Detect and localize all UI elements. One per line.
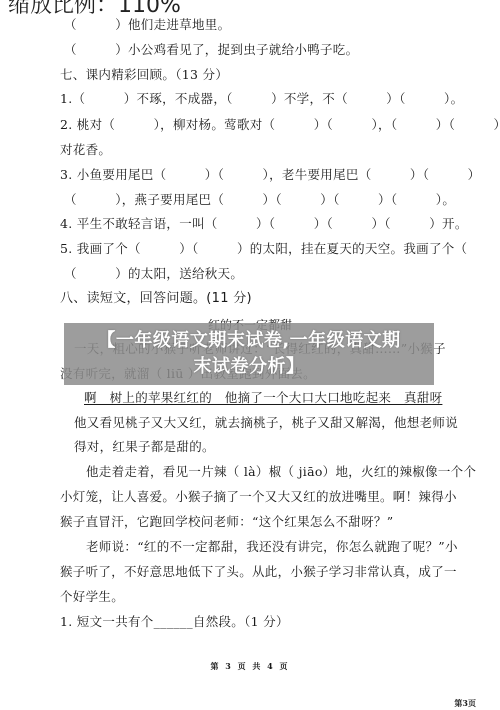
section6-item: （ ）他们走进草地里。 — [64, 17, 230, 33]
section7-line: 4. 平生不敢轻言语，一叫（ ）（ ）（ ）（ ）开。 — [60, 216, 468, 232]
page-number-right: 第3页 — [454, 698, 476, 709]
passage-line-punctuation-exercise: 啊 树上的苹果红红的 他摘了一个大口大口地吃起来 真甜呀 — [84, 390, 442, 406]
section7-line: 3. 小鱼要用尾巴（ ）（ ），老牛要用尾巴（ ）（ ） — [60, 167, 480, 183]
passage-line: 他又看见桃子又大又红，就去摘桃子，桃子又甜又解渴，他想老师说 — [74, 415, 458, 431]
section6-item: （ ）小公鸡看见了，捉到虫子就给小鸭子吃。 — [64, 42, 358, 58]
banner-title-line-2: 末试卷分析】 — [97, 354, 400, 380]
passage-line: 个好学生。 — [60, 589, 124, 605]
passage-line: 得对，红果子都是甜的。 — [74, 439, 215, 455]
question-1: 1. 短文一共有个______自然段。（1 分） — [60, 614, 289, 630]
banner-title: 【一年级语文期末试卷,一年级语文期 末试卷分析】 — [97, 328, 400, 380]
passage-line: 小灯笼，让人喜爱。小猴子摘了一个又大又红的放进嘴里。啊！辣得小 — [60, 489, 457, 505]
section7-line: （ ），燕子要用尾巴（ ）（ ）（ ）（ ）。 — [64, 192, 455, 208]
title-overlay-banner[interactable]: 【一年级语文期末试卷,一年级语文期 末试卷分析】 — [64, 323, 434, 385]
passage-line: 老师说：“红的不一定都甜，我还没有讲完，你怎么就跑了呢？”小 — [86, 539, 458, 555]
section7-line: 2. 桃对（ ），柳对杨。莺歌对（ ）（ ），（ ）（ ） — [60, 117, 500, 133]
passage-line: 猴子直冒汗，它跑回学校问老师：“这个红果怎么不甜呀？” — [60, 514, 393, 530]
exam-page: 缩放比例：110% （ ）他们走进草地里。 （ ）小公鸡看见了，捉到虫子就给小鸭… — [0, 0, 500, 710]
passage-line: 他走着走着，看见一片辣（ là）椒（ jiāo）地，火红的辣椒像一个个 — [86, 464, 476, 480]
section7-heading: 七、课内精彩回顾。（13 分） — [60, 67, 228, 83]
section7-line: 1.（ ）不琢，不成器，（ ）不学，不（ ）（ ）。 — [60, 91, 463, 107]
section7-line: （ ）的太阳，送给秋天。 — [64, 266, 243, 282]
section7-line: 5. 我画了个（ ）（ ）的太阳，挂在夏天的天空。我画了个（ ） — [60, 241, 500, 257]
section7-line: 对花香。 — [60, 142, 111, 158]
section8-heading: 八、读短文，回答问题。(11 分) — [60, 291, 252, 307]
banner-title-line-1: 【一年级语文期末试卷,一年级语文期 — [97, 328, 400, 354]
passage-line: 猴子听了，不好意思地低下了头。从此，小猴子学习非常认真，成了一 — [60, 564, 457, 580]
page-number-center: 第 3 页 共 4 页 — [0, 661, 500, 672]
